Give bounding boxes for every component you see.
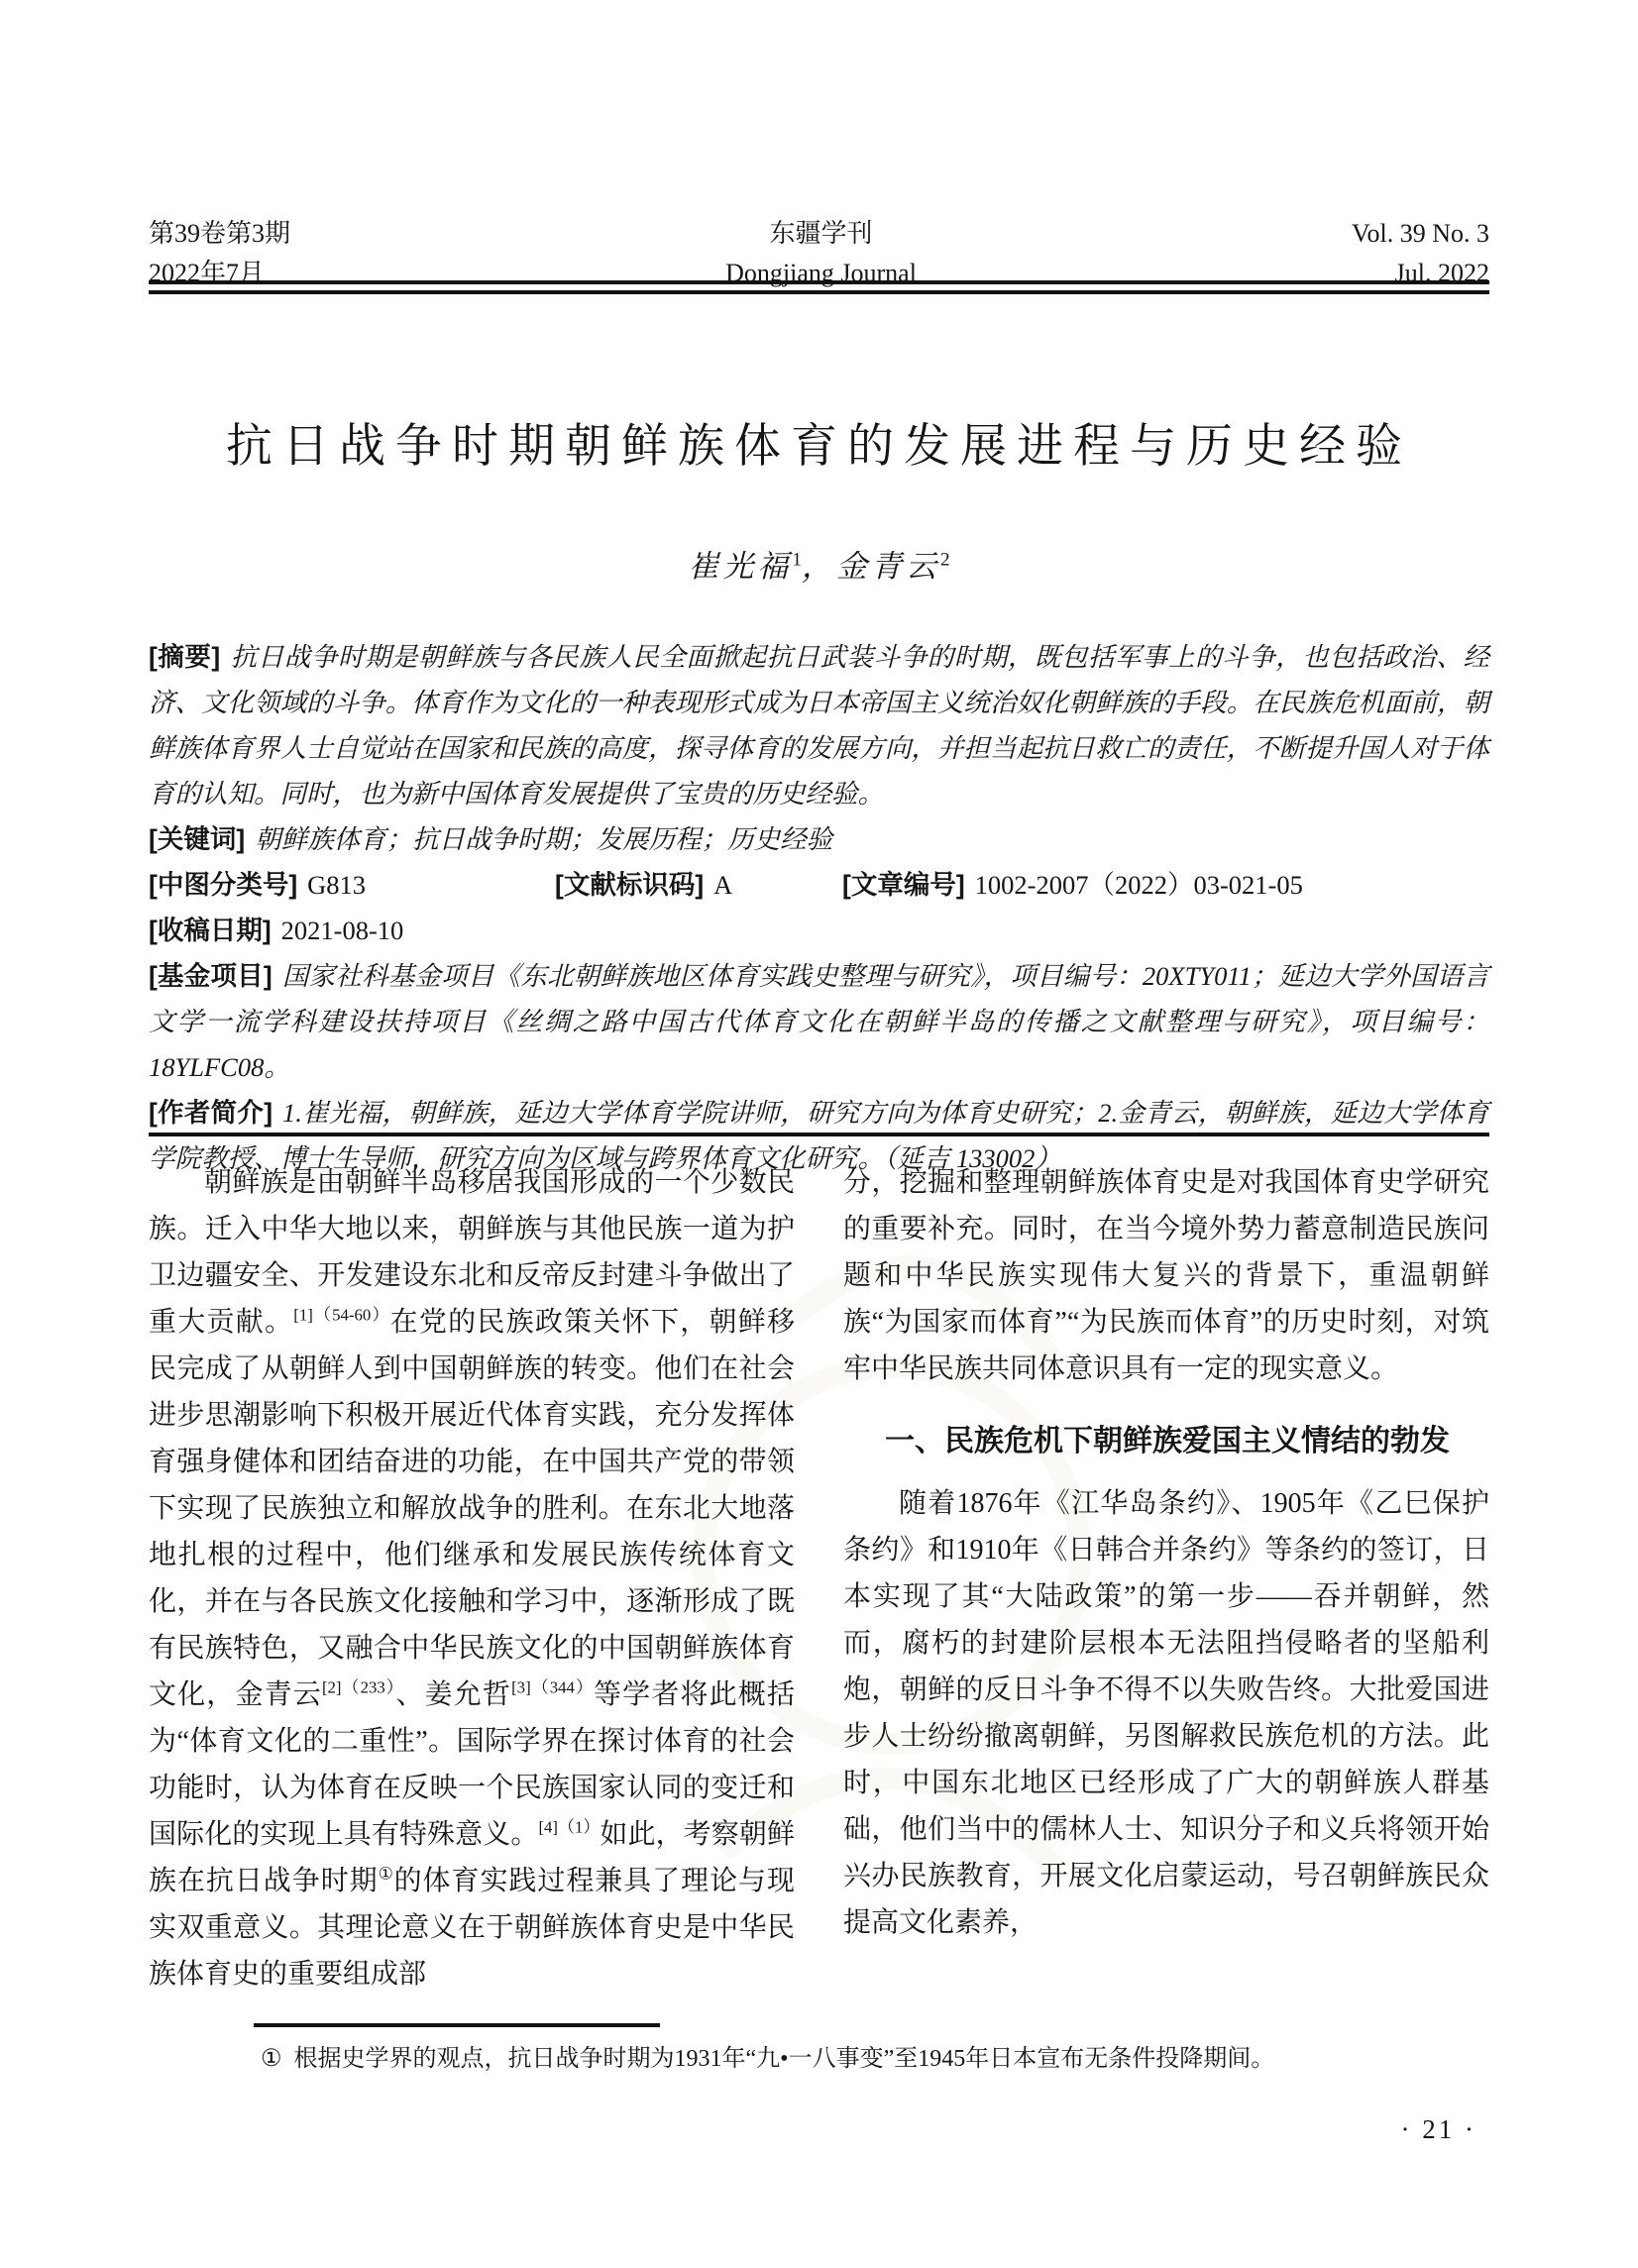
authors-line: 崔光福1，金青云2 [0, 541, 1638, 586]
footnote: ①根据史学界的观点，抗日战争时期为1931年“九•一八事变”至1945年日本宣布… [261, 2039, 1499, 2079]
abstract-label: [摘要] [149, 642, 220, 672]
volume-issue-cn: 第39卷第3期 [149, 214, 290, 254]
abstract-paragraph: [摘要]抗日战争时期是朝鲜族与各民族人民全面掀起抗日武装斗争的时期，既包括军事上… [149, 634, 1489, 816]
article-id: [文章编号]1002-2007（2022）03-021-05 [842, 862, 1303, 908]
document-code: [文献标识码]A [555, 862, 842, 908]
journal-name-cn: 东疆学刊 [725, 214, 917, 254]
left-column: 朝鲜族是由朝鲜半岛移居我国形成的一个少数民族。迁入中华大地以来，朝鲜族与其他民族… [149, 1159, 795, 1998]
author-bio-label: [作者简介] [149, 1098, 273, 1128]
body-paragraph-1: 朝鲜族是由朝鲜半岛移居我国形成的一个少数民族。迁入中华大地以来，朝鲜族与其他民族… [149, 1159, 795, 1998]
clc-number: [中图分类号]G813 [149, 862, 555, 908]
received-date-line: [收稿日期]2021-08-10 [149, 908, 1489, 953]
keywords-line: [关键词]朝鲜族体育；抗日战争时期；发展历程；历史经验 [149, 816, 1489, 862]
right-column: 分，挖掘和整理朝鲜族体育史是对我国体育史学研究的重要补充。同时，在当今境外势力蓄… [843, 1159, 1489, 1998]
author-affiliation-sup-2: 2 [940, 550, 950, 571]
header-divider-rule [149, 280, 1489, 294]
keywords-label: [关键词] [149, 824, 245, 854]
document-code-value: A [713, 870, 732, 900]
article-body: 朝鲜族是由朝鲜半岛移居我国形成的一个少数民族。迁入中华大地以来，朝鲜族与其他民族… [149, 1159, 1489, 1998]
body-paragraph-2: 随着1876年《江华岛条约》、1905年《乙巳保护条约》和1910年《日韩合并条… [843, 1480, 1489, 1946]
received-date-label: [收稿日期] [149, 916, 272, 945]
footnote-divider-rule [254, 2023, 660, 2027]
article-id-value: 1002-2007（2022）03-021-05 [975, 870, 1303, 900]
received-date-value: 2021-08-10 [281, 916, 404, 945]
journal-page: 第39卷第3期 2022年7月 东疆学刊 Dongjiang Journal V… [0, 0, 1638, 2268]
body-paragraph-1-continuation: 分，挖掘和整理朝鲜族体育史是对我国体育史学研究的重要补充。同时，在当今境外势力蓄… [843, 1159, 1489, 1392]
document-code-label: [文献标识码] [555, 870, 704, 900]
footnote-text: 根据史学界的观点，抗日战争时期为1931年“九•一八事变”至1945年日本宣布无… [294, 2046, 1275, 2072]
fund-project-text: 国家社科基金项目《东北朝鲜族地区体育实践史整理与研究》，项目编号：20XTY01… [149, 961, 1489, 1082]
author-affiliation-sup-1: 1 [792, 550, 802, 571]
volume-issue-en: Vol. 39 No. 3 [1352, 214, 1489, 254]
fund-project-paragraph: [基金项目]国家社科基金项目《东北朝鲜族地区体育实践史整理与研究》，项目编号：2… [149, 953, 1489, 1090]
clc-value: G813 [307, 870, 366, 900]
page-number: · 21 · [1401, 2114, 1476, 2145]
front-matter: [摘要]抗日战争时期是朝鲜族与各民族人民全面掀起抗日武装斗争的时期，既包括军事上… [149, 634, 1489, 1181]
author-name-1: 崔光福 [688, 549, 792, 584]
keywords-text: 朝鲜族体育；抗日战争时期；发展历程；历史经验 [255, 824, 832, 854]
article-title: 抗日战争时期朝鲜族体育的发展进程与历史经验 [0, 409, 1638, 476]
author-name-2: 金青云 [836, 549, 940, 584]
clc-label: [中图分类号] [149, 870, 297, 900]
footnote-marker: ① [261, 2046, 282, 2072]
abstract-text: 抗日战争时期是朝鲜族与各民族人民全面掀起抗日武装斗争的时期，既包括军事上的斗争，… [149, 642, 1489, 809]
fund-project-label: [基金项目] [149, 961, 273, 991]
authors-separator: ， [802, 549, 836, 584]
front-matter-divider-rule [149, 1133, 1489, 1136]
article-id-label: [文章编号] [842, 870, 965, 900]
section-heading-1: 一、民族危机下朝鲜族爱国主义情结的勃发 [843, 1418, 1489, 1464]
classification-line: [中图分类号]G813 [文献标识码]A [文章编号]1002-2007（202… [149, 862, 1489, 908]
